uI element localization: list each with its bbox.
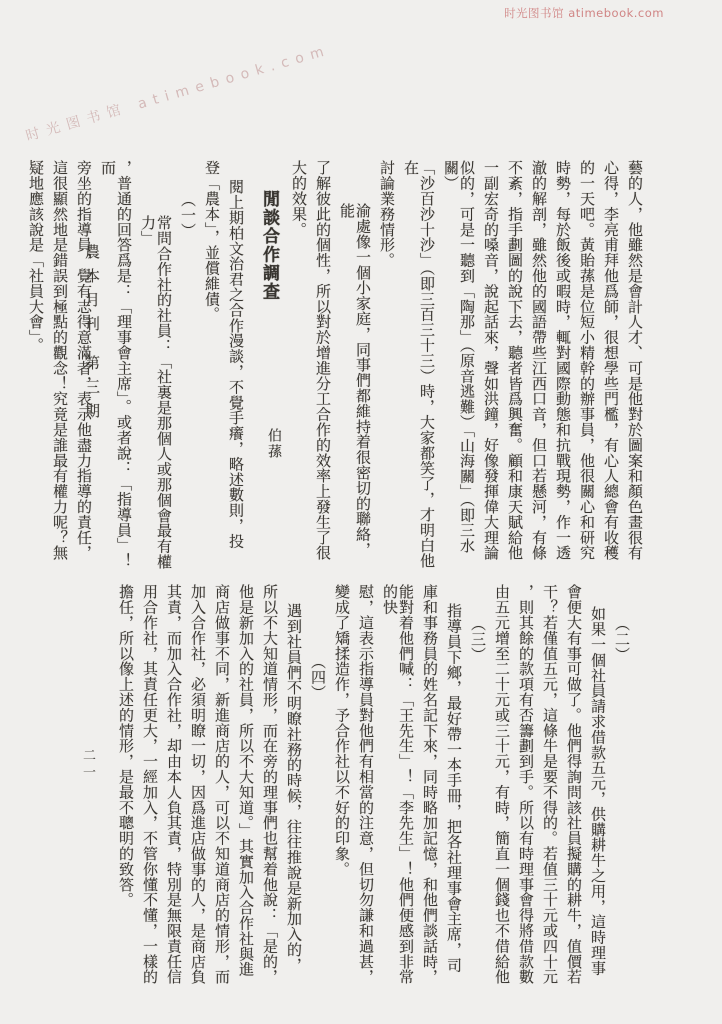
journal-issue: 第三期 <box>82 355 103 427</box>
text-column: 討論業務情形。 <box>379 160 395 572</box>
text-column: 慰，這表示指導員對他們有相當的注意，但切勿謙和過甚， <box>358 584 374 996</box>
journal-title: 農本月刊 <box>82 244 103 340</box>
article-title: 閒談合作調查 <box>256 160 282 572</box>
text-column: 用合作社，其責任更大，一經加入，不管你懂不懂，一樣的 <box>142 584 158 996</box>
text-column: 會便大有事可做了。他們得詢問該社員擬購的耕牛，值價若 <box>566 584 582 996</box>
lower-text-block: （二）如果一個社員請求借款五元，供購耕牛之用，這時理事會便大有事可做了。他們得詢… <box>110 584 630 996</box>
watermark-diagonal: 时光图书馆 atimebook.com <box>23 39 332 145</box>
text-column: 如果一個社員請求借款五元，供購耕牛之用，這時理事 <box>590 584 606 996</box>
text-column: （四） <box>310 584 326 996</box>
text-column: 能對着他們喊：「王先生」！「李先生」！他們便感到非常的快 <box>382 584 414 996</box>
text-column: （三） <box>470 584 486 996</box>
text-column: 似的，可是一聽到「陶那」（原音逃難）「山海關」（即三水關） <box>443 160 475 572</box>
text-column: 常問合作社的社員：「社裏是那個人或那個會最有權力」 <box>140 160 172 572</box>
text-column: 所以不大知道情形，而在旁的理事們也幫着他說：「是的， <box>262 584 278 996</box>
text-column: 疑地應該說是「社員大會」。 <box>28 160 44 572</box>
text-column: 指導員下鄉，最好帶一本手冊，把各社理事會主席，司 <box>446 584 462 996</box>
text-column: ，則其餘的款項有否籌劃到手。所以有時理事會得將借款數 <box>518 584 534 996</box>
upper-text-block: 藝的人，他雖然是會計人才、可是他對於圖案和顏色畫很有心得，李亮甫拜他爲師，很想學… <box>20 160 643 572</box>
watermark-top-right: 时光图书馆 atimebook.com <box>504 5 664 21</box>
text-column: 一副宏奇的嗓音，說起話來，聲如洪鐘，好像發揮偉大理論 <box>483 160 499 572</box>
text-column: 心得，李亮甫拜他爲師，很想學些門檻，有心人總會有收穫 <box>603 160 619 572</box>
text-column: 不紊，指手劃圖的說下去，聽者皆爲興奮。顧和康天賦給他 <box>507 160 523 572</box>
text-column: ，普通的回答爲是：「理事會主席」。或者說：「指導員」！而 <box>100 160 132 572</box>
text-column: 的一天吧。黃貽蓀是位短小精幹的辦事員，他很關心和研究 <box>579 160 595 572</box>
text-column: 「沙百沙十沙」（即三百三十三）時，大家都笑了，才明白他在 <box>403 160 435 572</box>
journal-masthead: 農本月刊 第三期 <box>82 244 103 427</box>
text-column: 其責，而加入合作社，却由本人負其責，特別是無限責任信 <box>166 584 182 996</box>
text-column: 渝處像一個小家庭，同事們都維持着很密切的聯絡，能 <box>339 160 371 572</box>
text-column: 藝的人，他雖然是會計人才、可是他對於圖案和顏色畫很有 <box>627 160 643 572</box>
text-column: 擔任，所以像上述的情形，是最不聰明的致答。 <box>118 584 134 996</box>
text-column: 這很顯然地是錯誤到極點的觀念！究竟是誰最有權力呢？無 <box>52 160 68 572</box>
text-column: 庫和事務員的姓名記下來，同時略加記憶，和他們談話時， <box>422 584 438 996</box>
text-column: 干？若僅值五元，這條牛是要不得的。若值三十元或四十元 <box>542 584 558 996</box>
text-column: （一） <box>180 160 196 572</box>
text-column: 遇到社員們不明瞭社務的時候，往往推說是新加入的， <box>286 584 302 996</box>
text-column: 商店做事不同，新進商店的人，可以不知道商店的情形，而 <box>214 584 230 996</box>
text-column: 他是新加入的社員，所以不大知道。」其實加入合作社與進 <box>238 584 254 996</box>
text-column: 由五元增至二十元或三十元，有時，簡直一個錢也不借給他 <box>494 584 510 996</box>
article-author: 伯蓀 <box>261 428 287 460</box>
text-column: 登「農本」，並償維債。 <box>204 160 220 572</box>
text-column: 澈的解剖，雖然他的國語帶些江西口音，但口若懸河，有條 <box>531 160 547 572</box>
text-column: 變成了矯揉造作，予合作社以不好的印象。 <box>334 584 350 996</box>
article-title-column: 閒談合作調查 伯蓀 <box>256 160 282 572</box>
text-column: （二） <box>614 584 630 996</box>
text-column: 時勢，每於飯後或暇時，輒對國際動態和抗戰現勢，作一透 <box>555 160 571 572</box>
text-column: 加入合作社，必須明瞭一切，因爲進店做事的人，是商店負 <box>190 584 206 996</box>
text-column: 大的效果。 <box>291 160 307 572</box>
text-column: 了解彼此的個性，所以對於增進分工合作的效率上發生了很 <box>315 160 331 572</box>
page-number: 二一 <box>78 748 97 782</box>
text-column: 閱上期柏文治君之合作漫談，不覺手癢，略述數則，投 <box>228 160 244 572</box>
scanned-journal-page: 时光图书馆 atimebook.com 时光图书馆 atimebook.com … <box>0 0 722 1024</box>
